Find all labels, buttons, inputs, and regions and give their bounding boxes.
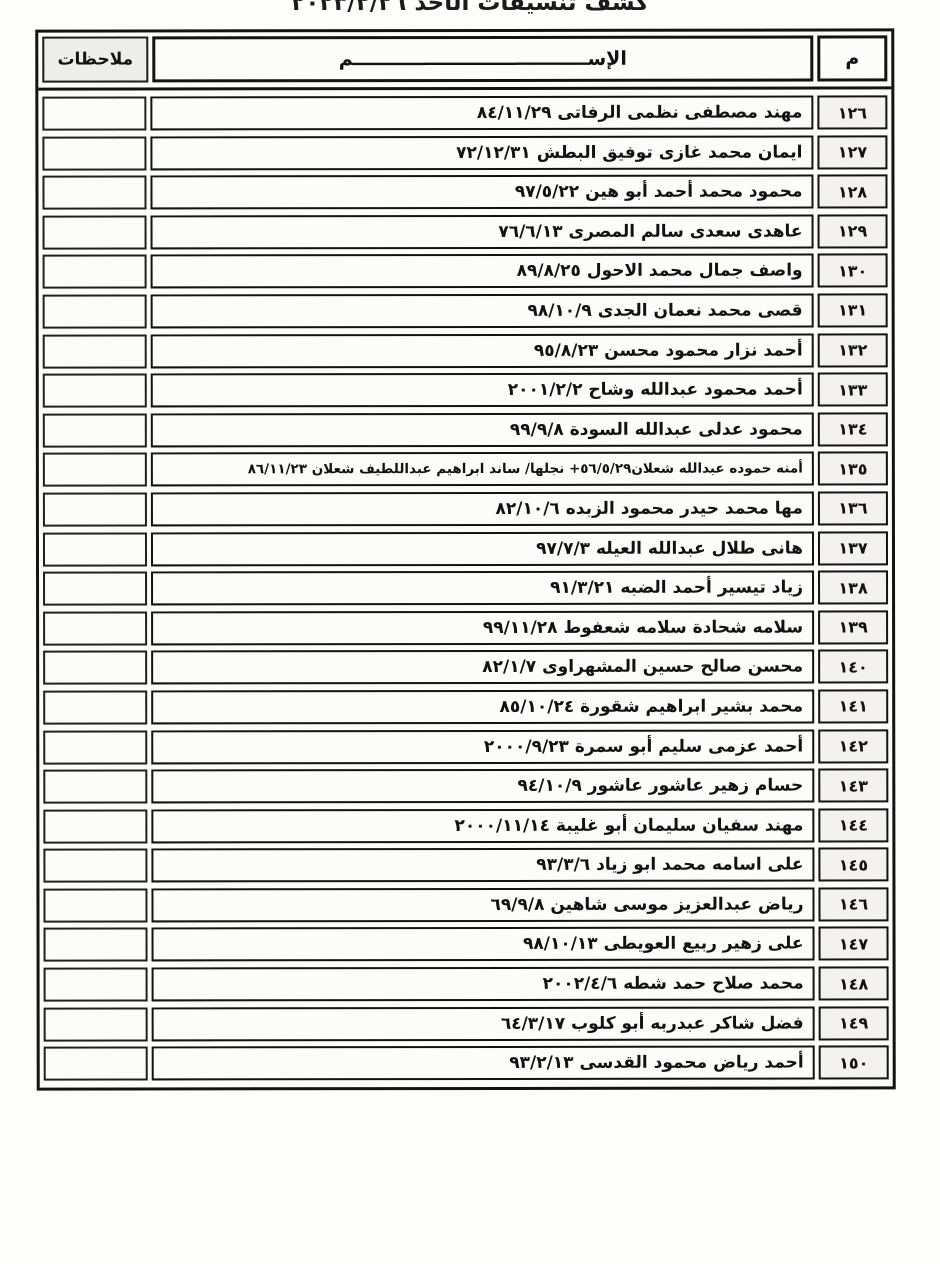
row-notes-box — [43, 611, 147, 645]
row-name: قصى محمد نعمان الجدى ٩٨/١٠/٩ — [151, 293, 814, 328]
row-number: ١٢٧ — [817, 135, 887, 169]
table-row: ١٣٤ محمود عدلى عبدالله السودة ٩٩/٩/٨ — [43, 412, 888, 447]
row-notes-box — [43, 888, 147, 922]
row-name: محمد صلاح حمد شطه ٢٠٠٢/٤/٦ — [152, 967, 815, 1002]
row-number: ١٤٨ — [819, 966, 889, 1000]
row-number: ١٢٨ — [817, 175, 887, 209]
header-number: م — [817, 35, 887, 81]
table-row: ١٤٦ رياض عبدالعزيز موسى شاهين ٦٩/٩/٨ — [43, 887, 888, 922]
page-title-clip: كشف تنسيقات الأحد ٢٠٢٣/٢/٢٦ — [0, 0, 940, 21]
row-notes-box — [44, 1007, 148, 1041]
row-number: ١٤٦ — [818, 887, 888, 921]
row-notes-box — [43, 849, 147, 883]
table-row: ١٣٥ أمنه حموده عبدالله شعلان٥٦/٥/٢٩+ نجل… — [43, 452, 888, 487]
row-number: ١٤٠ — [818, 650, 888, 684]
table-row: ١٣٦ مها محمد حيدر محمود الزبده ٨٢/١٠/٦ — [43, 491, 888, 526]
row-notes-box — [43, 651, 147, 685]
table-row: ١٣٩ سلامه شحادة سلامه شعفوط ٩٩/١١/٢٨ — [43, 610, 888, 645]
row-name: أحمد نزار محمود محسن ٩٥/٨/٢٣ — [151, 333, 814, 368]
row-notes-box — [42, 96, 146, 130]
row-number: ١٣٢ — [818, 333, 888, 367]
row-number: ١٣٣ — [818, 373, 888, 407]
row-name: محمود محمد أحمد أبو هين ٩٧/٥/٢٢ — [150, 175, 813, 210]
table-row: ١٣٣ أحمد محمود عبدالله وشاح ٢٠٠١/٢/٢ — [43, 373, 888, 408]
row-name: أحمد محمود عبدالله وشاح ٢٠٠١/٢/٢ — [151, 373, 814, 408]
row-number: ١٢٩ — [818, 214, 888, 248]
table-row: ١٣١ قصى محمد نعمان الجدى ٩٨/١٠/٩ — [43, 293, 888, 328]
table-row: ١٣٠ واصف جمال محمد الاحول ٨٩/٨/٢٥ — [43, 254, 888, 289]
table-row: ١٤٩ فضل شاكر عبدربه أبو كلوب ٦٤/٣/١٧ — [44, 1006, 889, 1041]
row-name: محسن صالح حسين المشهراوى ٨٢/١/٧ — [151, 650, 814, 685]
row-name: محمد بشير ابراهيم شقورة ٨٥/١٠/٢٤ — [151, 689, 814, 724]
table-row: ١٤٠ محسن صالح حسين المشهراوى ٨٢/١/٧ — [43, 650, 888, 685]
row-notes-box — [43, 334, 147, 368]
table-row: ١٢٦ مهند مصطفى نظمى الرفاتى ٨٤/١١/٢٩ — [42, 95, 887, 130]
row-name: مهند مصطفى نظمى الرفاتى ٨٤/١١/٢٩ — [150, 96, 813, 131]
table-row: ١٤١ محمد بشير ابراهيم شقورة ٨٥/١٠/٢٤ — [43, 689, 888, 724]
row-number: ١٣٤ — [818, 412, 888, 446]
row-notes-box — [43, 492, 147, 526]
row-name: أحمد رياض محمود القدسى ٩٣/٢/١٣ — [152, 1046, 815, 1081]
row-name: أمنه حموده عبدالله شعلان٥٦/٥/٢٩+ نجلها/ … — [151, 452, 814, 487]
row-notes-box — [43, 730, 147, 764]
row-number: ١٣١ — [818, 293, 888, 327]
table-row: ١٤٨ محمد صلاح حمد شطه ٢٠٠٢/٤/٦ — [44, 966, 889, 1001]
row-name: عاهدى سعدى سالم المصرى ٧٦/٦/١٣ — [151, 214, 814, 249]
row-number: ١٣٧ — [818, 531, 888, 565]
row-number: ١٣٠ — [818, 254, 888, 288]
table-row: ١٤٤ مهند سفيان سليمان أبو غليبة ٢٠٠٠/١١/… — [43, 808, 888, 843]
table-row: ١٢٧ ايمان محمد غازى توفيق البطش ٧٢/١٢/٣١ — [42, 135, 887, 170]
row-number: ١٤٧ — [819, 927, 889, 961]
row-name: زياد تيسير أحمد الضبه ٩١/٣/٢١ — [151, 571, 814, 606]
row-number: ١٢٦ — [817, 95, 887, 129]
row-number: ١٣٥ — [818, 452, 888, 486]
header-name: الإســــــــــــــــــــــــــــــــــــ… — [152, 36, 813, 83]
row-number: ١٣٦ — [818, 491, 888, 525]
row-name: فضل شاكر عبدربه أبو كلوب ٦٤/٣/١٧ — [152, 1006, 815, 1041]
row-name: رياض عبدالعزيز موسى شاهين ٦٩/٩/٨ — [151, 887, 814, 922]
table-row: ١٤٥ على اسامه محمد ابو زياد ٩٣/٣/٦ — [43, 848, 888, 883]
row-name: مهند سفيان سليمان أبو غليبة ٢٠٠٠/١١/١٤ — [151, 808, 814, 843]
row-notes-box — [42, 176, 146, 210]
table-row: ١٣٨ زياد تيسير أحمد الضبه ٩١/٣/٢١ — [43, 571, 888, 606]
row-notes-box — [43, 374, 147, 408]
row-number: ١٤٢ — [818, 729, 888, 763]
header-notes: ملاحظات — [42, 36, 148, 82]
table-row: ١٤٧ على زهير ربيع العويطى ٩٨/١٠/١٣ — [44, 927, 889, 962]
row-number: ١٤٩ — [819, 1006, 889, 1040]
row-notes-box — [43, 532, 147, 566]
row-number: ١٣٨ — [818, 571, 888, 605]
row-notes-box — [43, 572, 147, 606]
row-number: ١٤٣ — [818, 769, 888, 803]
table-header: م الإســــــــــــــــــــــــــــــــــ… — [38, 31, 891, 85]
row-number: ١٤٥ — [818, 848, 888, 882]
row-name: محمود عدلى عبدالله السودة ٩٩/٩/٨ — [151, 412, 814, 447]
table-row: ١٥٠ أحمد رياض محمود القدسى ٩٣/٢/١٣ — [44, 1046, 889, 1081]
table-row: ١٣٧ هانى طلال عبدالله العيله ٩٧/٧/٣ — [43, 531, 888, 566]
table-row: ١٤٢ أحمد عزمى سليم أبو سمرة ٢٠٠٠/٩/٢٣ — [43, 729, 888, 764]
row-notes-box — [43, 255, 147, 289]
row-notes-box — [43, 453, 147, 487]
table-rows: ١٢٦ مهند مصطفى نظمى الرفاتى ٨٤/١١/٢٩ ١٢٧… — [38, 89, 892, 1087]
table-row: ١٢٩ عاهدى سعدى سالم المصرى ٧٦/٦/١٣ — [43, 214, 888, 249]
row-name: على اسامه محمد ابو زياد ٩٣/٣/٦ — [151, 848, 814, 883]
row-number: ١٥٠ — [819, 1046, 889, 1080]
row-number: ١٤١ — [818, 689, 888, 723]
row-name: واصف جمال محمد الاحول ٨٩/٨/٢٥ — [151, 254, 814, 289]
row-notes-box — [43, 770, 147, 804]
row-notes-box — [44, 968, 148, 1002]
row-name: ايمان محمد غازى توفيق البطش ٧٢/١٢/٣١ — [150, 135, 813, 170]
row-name: مها محمد حيدر محمود الزبده ٨٢/١٠/٦ — [151, 491, 814, 526]
table-row: ١٢٨ محمود محمد أحمد أبو هين ٩٧/٥/٢٢ — [42, 175, 887, 210]
row-notes-box — [43, 690, 147, 724]
table-row: ١٣٢ أحمد نزار محمود محسن ٩٥/٨/٢٣ — [43, 333, 888, 368]
row-notes-box — [43, 413, 147, 447]
row-notes-box — [43, 294, 147, 328]
row-name: هانى طلال عبدالله العيله ٩٧/٧/٣ — [151, 531, 814, 566]
row-name: سلامه شحادة سلامه شعفوط ٩٩/١١/٢٨ — [151, 610, 814, 645]
row-name: أحمد عزمى سليم أبو سمرة ٢٠٠٠/٩/٢٣ — [151, 729, 814, 764]
page-title: كشف تنسيقات الأحد ٢٠٢٣/٢/٢٦ — [0, 0, 940, 16]
row-number: ١٤٤ — [818, 808, 888, 842]
row-notes-box — [43, 215, 147, 249]
row-name: على زهير ربيع العويطى ٩٨/١٠/١٣ — [152, 927, 815, 962]
table-row: ١٤٣ حسام زهير عاشور عاشور ٩٤/١٠/٩ — [43, 769, 888, 804]
records-table: م الإســــــــــــــــــــــــــــــــــ… — [35, 28, 895, 1090]
row-name: حسام زهير عاشور عاشور ٩٤/١٠/٩ — [151, 769, 814, 804]
row-number: ١٣٩ — [818, 610, 888, 644]
row-notes-box — [42, 136, 146, 170]
row-notes-box — [44, 928, 148, 962]
row-notes-box — [44, 1047, 148, 1081]
row-notes-box — [43, 809, 147, 843]
